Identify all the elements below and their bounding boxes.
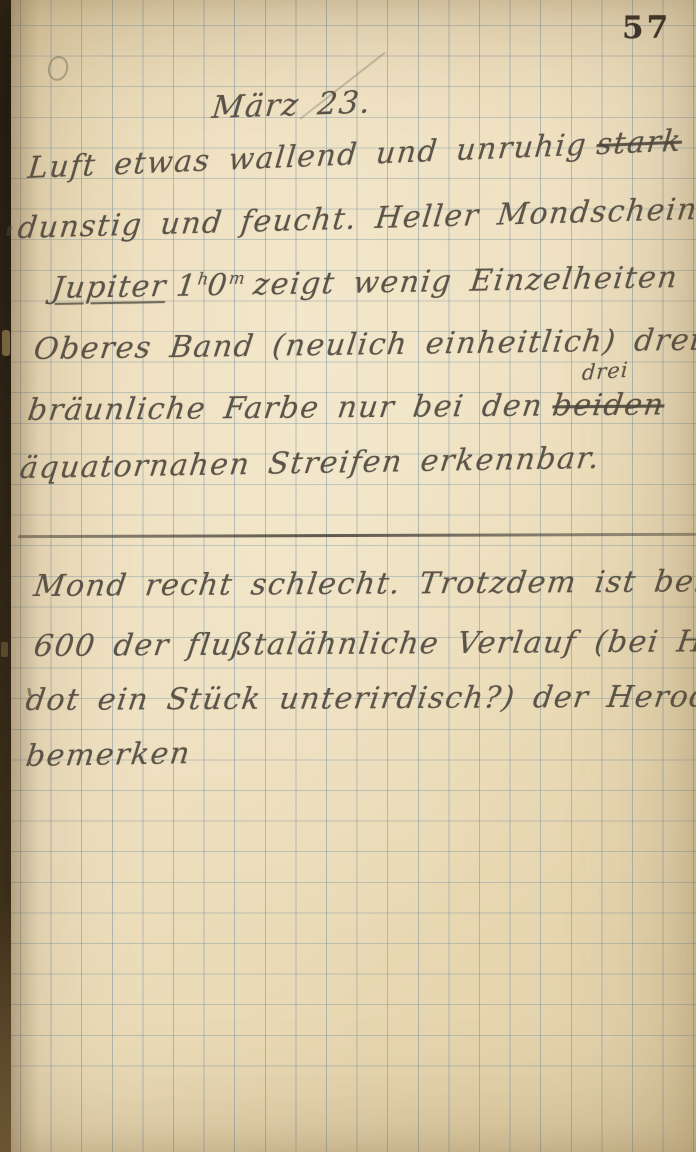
handwritten-line-8: 600 der flußtalähnliche Verlauf (bei Her… [32, 624, 696, 664]
observation-time: 1h0m [174, 268, 246, 304]
binding-edge [0, 0, 11, 1152]
date-heading: März 23. [210, 84, 373, 126]
binding-notch [2, 330, 10, 356]
notebook-page: 57 März 23. Luft etwas wallend und unruh… [0, 0, 696, 1152]
line-text: bräunliche Farbe nur bei den [26, 388, 546, 428]
strikethrough-word: beiden [550, 387, 666, 423]
minutes-unit: m [228, 269, 246, 288]
strikethrough-word: stark [595, 124, 684, 163]
handwritten-line-9: dot ein Stück unterirdisch?) der Herodot… [24, 679, 696, 718]
inserted-correction-word: drei [581, 358, 629, 385]
underlined-word: Jupiter [50, 269, 169, 306]
page-number: 57 [622, 10, 671, 46]
handwritten-line-10: bemerken [24, 736, 193, 774]
binding-notch [1, 642, 8, 657]
time-hours: 1 [174, 268, 199, 303]
handwritten-line-7: Mond recht schlecht. Trotzdem ist bei Ve… [32, 564, 696, 604]
time-minutes: 0 [205, 268, 230, 303]
handwritten-line-5: bräunliche Farbe nur bei denbeiden [26, 387, 667, 428]
line-text: zeigt wenig Einzelheiten [251, 260, 680, 302]
